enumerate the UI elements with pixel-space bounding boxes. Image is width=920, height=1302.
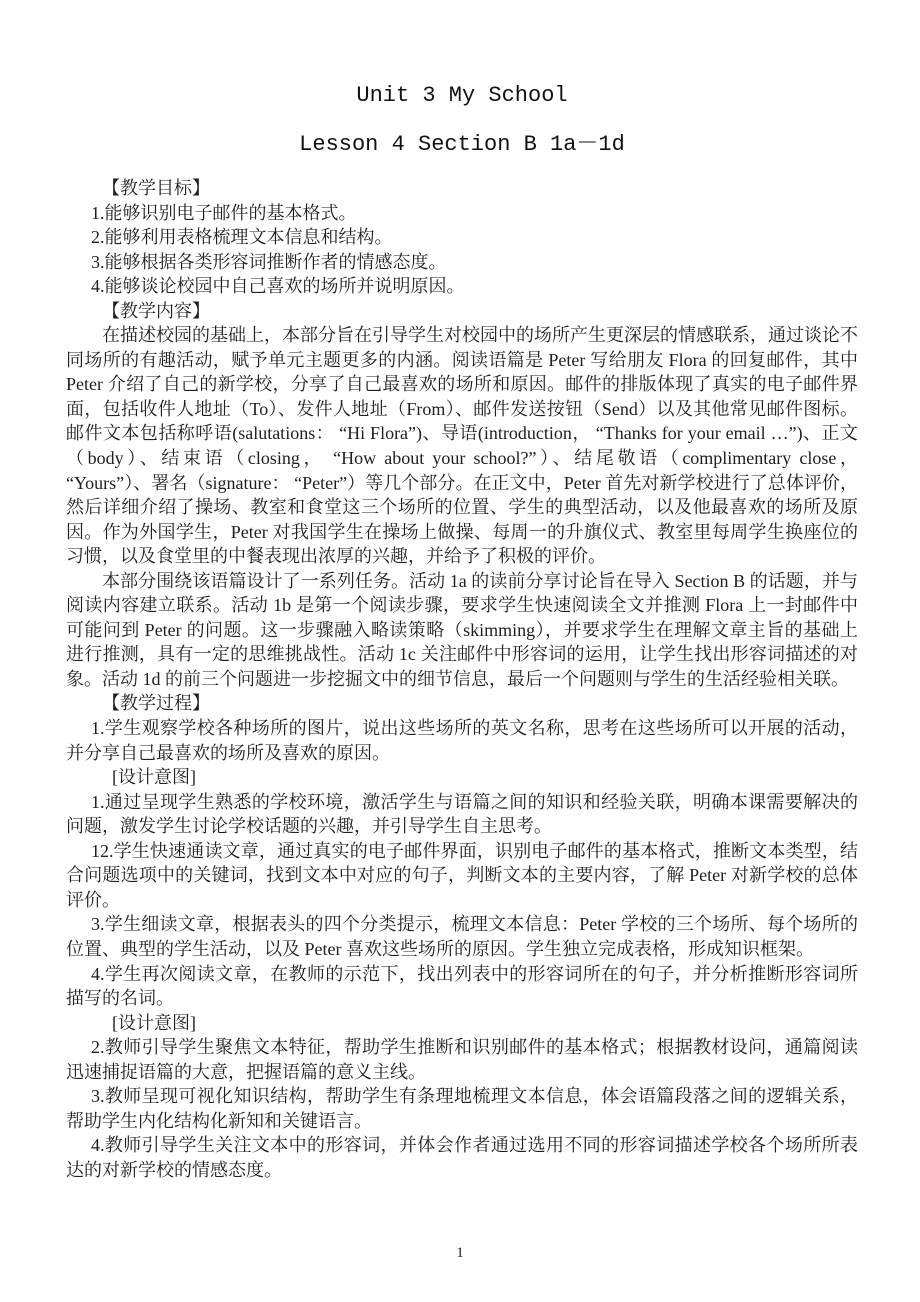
document-page: Unit 3 My School Lesson 4 Section B 1a－1…: [0, 0, 920, 1302]
objective-item: 2.能够利用表格梳理文本信息和结构。: [66, 225, 858, 250]
section-header-objectives: 【教学目标】: [66, 176, 858, 201]
process-step: 3.学生细读文章，根据表头的四个分类提示，梳理文本信息：Peter 学校的三个场…: [66, 912, 858, 961]
process-step: 12.学生快速通读文章，通过真实的电子邮件界面，识别电子邮件的基本格式，推断文本…: [66, 839, 858, 913]
objective-item: 1.能够识别电子邮件的基本格式。: [66, 201, 858, 226]
document-subtitle: Lesson 4 Section B 1a－1d: [66, 131, 858, 159]
design-intent-item: 3.教师呈现可视化知识结构，帮助学生有条理地梳理文本信息，体会语篇段落之间的逻辑…: [66, 1084, 858, 1133]
design-intent-label: [设计意图]: [66, 765, 858, 790]
document-title: Unit 3 My School: [66, 82, 858, 110]
design-intent-item: 2.教师引导学生聚焦文本特征，帮助学生推断和识别邮件的基本格式；根据教材设问，通…: [66, 1035, 858, 1084]
design-intent-item: 1.通过呈现学生熟悉的学校环境，激活学生与语篇之间的知识和经验关联，明确本课需要…: [66, 790, 858, 839]
section-header-process: 【教学过程】: [66, 691, 858, 716]
page-number: 1: [0, 1245, 920, 1262]
content-paragraph: 本部分围绕该语篇设计了一系列任务。活动 1a 的读前分享讨论旨在导入 Secti…: [66, 569, 858, 692]
document-body: Unit 3 My School Lesson 4 Section B 1a－1…: [66, 82, 858, 1182]
section-header-content: 【教学内容】: [66, 299, 858, 324]
document-text: 【教学目标】 1.能够识别电子邮件的基本格式。 2.能够利用表格梳理文本信息和结…: [66, 176, 858, 1182]
process-step: 1.学生观察学校各种场所的图片，说出这些场所的英文名称，思考在这些场所可以开展的…: [66, 716, 858, 765]
objective-item: 4.能够谈论校园中自己喜欢的场所并说明原因。: [66, 274, 858, 299]
objective-item: 3.能够根据各类形容词推断作者的情感态度。: [66, 250, 858, 275]
process-step: 4.学生再次阅读文章，在教师的示范下，找出列表中的形容词所在的句子，并分析推断形…: [66, 962, 858, 1011]
content-paragraph: 在描述校园的基础上，本部分旨在引导学生对校园中的场所产生更深层的情感联系，通过谈…: [66, 323, 858, 568]
design-intent-item: 4.教师引导学生关注文本中的形容词，并体会作者通过选用不同的形容词描述学校各个场…: [66, 1133, 858, 1182]
design-intent-label: [设计意图]: [66, 1011, 858, 1036]
